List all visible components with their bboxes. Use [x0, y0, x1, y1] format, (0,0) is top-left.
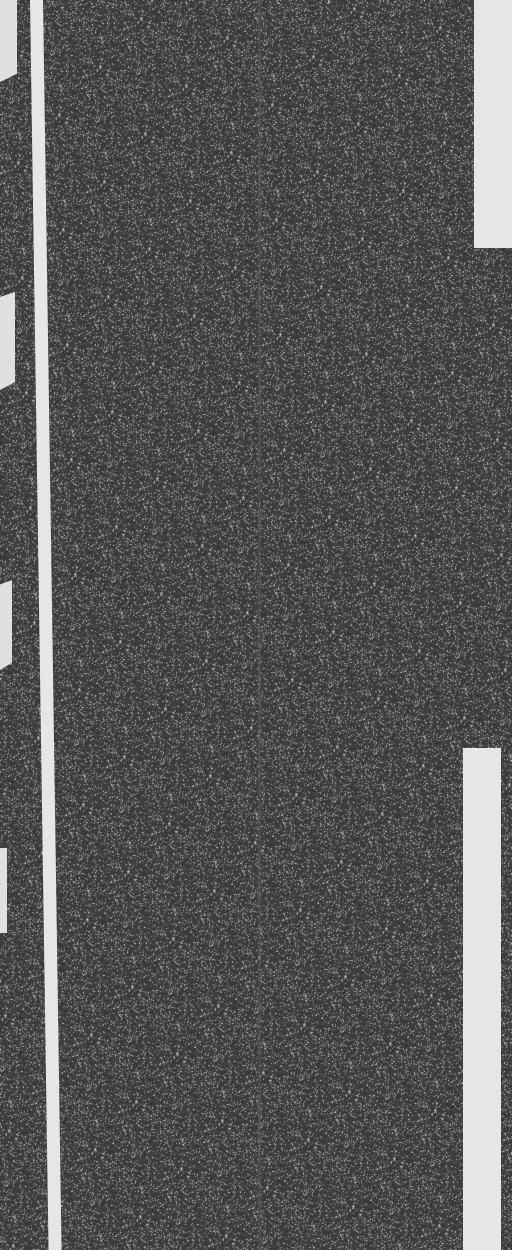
pavement-seam — [258, 0, 261, 1250]
asphalt-texture — [0, 0, 512, 1250]
right-bottom-dash — [463, 748, 501, 1250]
right-top-dash — [474, 0, 512, 248]
far-left-dash — [0, 580, 12, 670]
road-aerial-photo — [0, 0, 512, 1250]
far-left-dash — [0, 292, 15, 390]
far-left-dash — [0, 848, 7, 933]
far-left-dash — [0, 0, 17, 82]
